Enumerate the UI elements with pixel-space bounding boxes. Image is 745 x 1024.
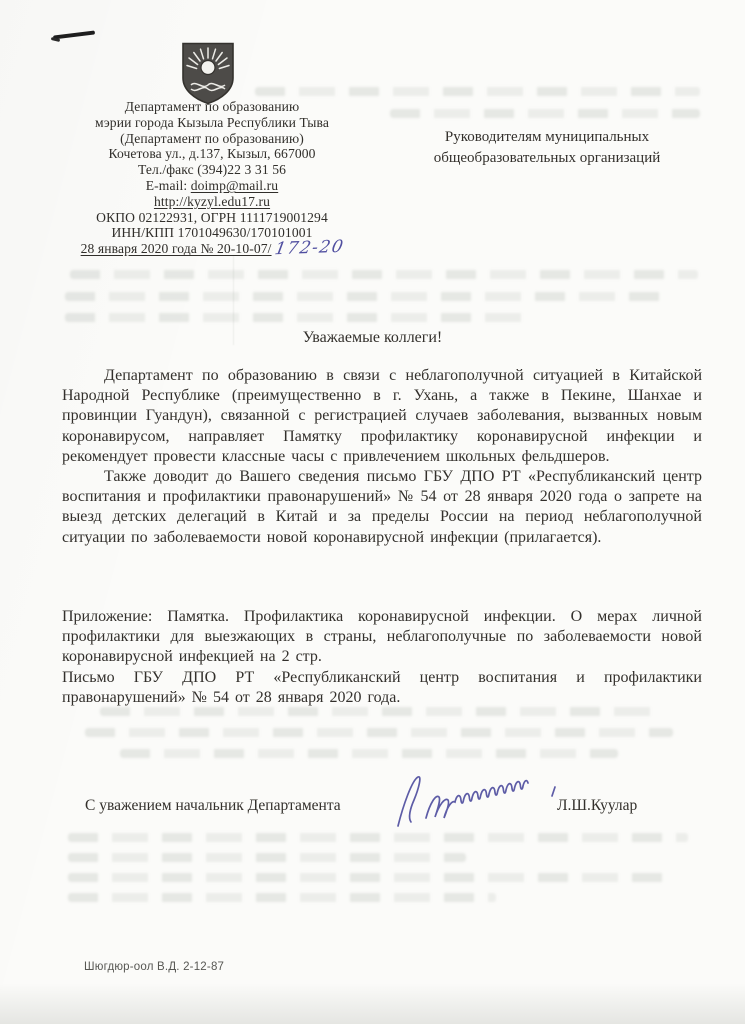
date-number-line: 28 января 2020 года № 20-10-07/172-20 — [38, 241, 386, 257]
attachment-block: Приложение: Памятка. Профилактика корона… — [62, 607, 702, 708]
outgoing-date-number: 28 января 2020 года № 20-10-07/ — [81, 241, 272, 256]
handwritten-signature — [390, 770, 565, 832]
website-url: http://kyzyl.edu17.ru — [154, 194, 270, 209]
email-label: E-mail: — [146, 178, 191, 193]
org-name-line: мэрии города Кызыла Республики Тыва — [38, 115, 386, 131]
bleedthrough-artifact — [390, 109, 700, 118]
bleedthrough-artifact — [100, 707, 660, 716]
bleedthrough-artifact — [68, 893, 496, 902]
bleedthrough-artifact — [68, 873, 668, 882]
pen-mark-artifact — [53, 30, 95, 39]
salutation: Уважаемые коллеги! — [0, 329, 745, 347]
bleedthrough-artifact — [68, 853, 466, 862]
bleedthrough-artifact — [255, 87, 700, 96]
org-phone-line: Тел./факс (394)22 3 31 56 — [38, 162, 386, 178]
bleedthrough-artifact — [68, 833, 688, 842]
bleedthrough-artifact — [120, 749, 618, 758]
coat-of-arms-icon — [179, 41, 237, 107]
recipient-block: Руководителям муниципальных общеобразова… — [392, 127, 702, 168]
scanned-letter-page: Департамент по образованию мэрии города … — [0, 0, 745, 1024]
body-paragraph: Департамент по образованию в связи с неб… — [62, 366, 702, 467]
email-address: doimp@mail.ru — [191, 178, 278, 193]
bleedthrough-artifact — [65, 313, 535, 322]
body-paragraph: Также доводит до Вашего сведения письмо … — [62, 467, 702, 548]
executor-footnote: Шюгдюр-оол В.Д. 2-12-87 — [84, 961, 224, 973]
handwritten-registration-number: 172-20 — [273, 240, 345, 258]
letterhead-block: Департамент по образованию мэрии города … — [38, 99, 386, 257]
signature-closing: С уважением начальник Департамента — [85, 797, 341, 815]
org-name-line: Департамент по образованию — [38, 99, 386, 115]
signatory-name: Л.Ш.Куулар — [557, 797, 637, 815]
body-paragraphs: Департамент по образованию в связи с неб… — [62, 366, 702, 548]
org-name-line: (Департамент по образованию) — [38, 131, 386, 147]
recipient-line: Руководителям муниципальных — [392, 127, 702, 148]
attachment-line: Письмо ГБУ ДПО РТ «Республиканский центр… — [62, 668, 702, 708]
bleedthrough-artifact — [70, 270, 698, 279]
org-address-line: Кочетова ул., д.137, Кызыл, 667000 — [38, 146, 386, 162]
recipient-line: общеобразовательных организаций — [392, 148, 702, 169]
attachment-line: Приложение: Памятка. Профилактика корона… — [62, 607, 702, 668]
bleedthrough-artifact — [85, 728, 673, 737]
org-website-line: http://kyzyl.edu17.ru — [38, 194, 386, 210]
bleedthrough-artifact — [65, 292, 663, 301]
org-email-line: E-mail: doimp@mail.ru — [38, 178, 386, 194]
okpo-ogrn-line: ОКПО 02122931, ОГРН 1111719001294 — [38, 210, 386, 226]
